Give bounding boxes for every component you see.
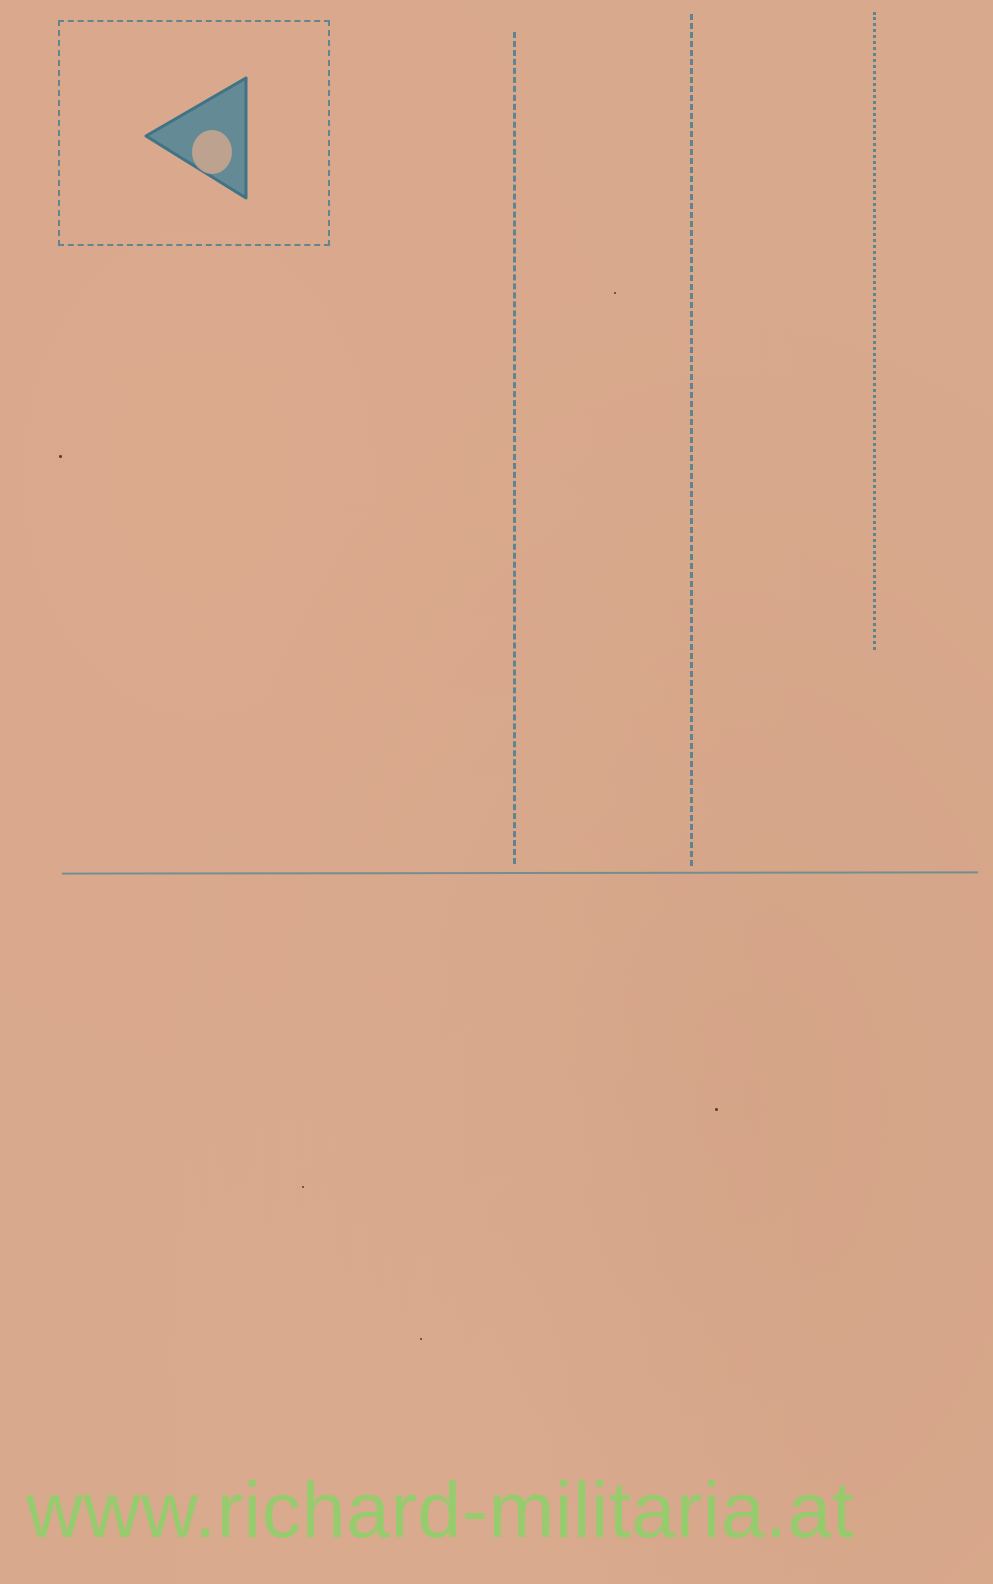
watermark-text: www.richard-militaria.at	[26, 1470, 966, 1549]
divider-line	[62, 871, 978, 874]
triangle-stamp-icon	[142, 74, 250, 202]
address-line-1	[513, 32, 516, 864]
paper-speck	[715, 1108, 718, 1111]
address-line-3	[873, 12, 876, 650]
paper-speck	[59, 455, 62, 458]
address-line-2	[690, 14, 693, 866]
paper-speck	[614, 292, 616, 294]
postcard-back: www.richard-militaria.at	[0, 0, 993, 1584]
paper-speck	[420, 1338, 422, 1340]
paper-speck	[302, 1186, 304, 1188]
